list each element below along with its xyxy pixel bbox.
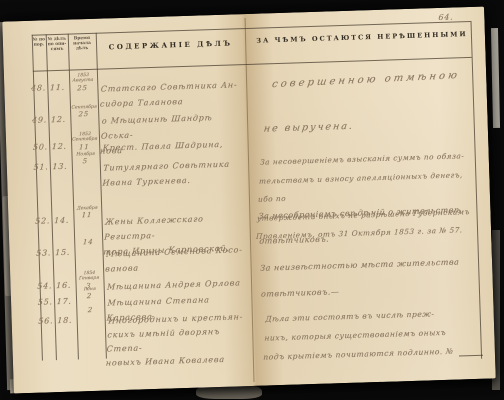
row-case-number: 12. [49, 142, 70, 152]
row-order-number: 52. [35, 216, 50, 225]
row-case-content: Статскаго Совѣтника Ан-сидора Таланова [100, 77, 248, 112]
row-date: 1853Августа25 [68, 73, 98, 93]
row-case-content: Мѣщанина Семенова Косо-ванова [105, 242, 253, 277]
ledger-spread: 64. № по пор. № дѣлъ по опи- сямъ Время … [2, 7, 495, 394]
contents-of-cases-header: СОДЕРЖАНІЕ ДѢЛЪ [96, 38, 245, 52]
page-stack-right [491, 28, 500, 128]
resolution-note: отвѣтчиковъ.— [261, 283, 481, 299]
col-header-start-date: Время начала дѣлъ [68, 36, 96, 52]
resolution-note: совершенною отмѣною [271, 68, 493, 90]
row-case-number: 16. [53, 281, 74, 291]
row-date: 2 [76, 306, 105, 315]
row-case-number: 18. [54, 316, 75, 326]
row-order-number: 50. [33, 142, 48, 151]
row-order-number: 55. [37, 297, 52, 306]
why-unresolved-header: ЗА ЧѢМЪ ОСТАЮТСЯ НЕРѢШЕННЫМИ [253, 30, 471, 45]
col-header-case-no: № дѣлъ по опи- сямъ [46, 37, 68, 53]
col-header-order-no: № по пор. [32, 37, 46, 48]
row-order-number: 53. [36, 248, 51, 257]
row-case-number: 13. [49, 162, 70, 172]
row-case-number: 15. [52, 248, 73, 258]
row-date: Ноября5 [70, 152, 100, 166]
row-case-content: Титулярнаго СовѣтникаИвана Туркенева. [102, 156, 250, 191]
table-row: 52. 14. Декабря11 Жены Коллежскаго Регис… [8, 210, 250, 218]
row-case-number: 14. [51, 216, 72, 226]
row-case-content: Иногороднихъ и крестьян-скихъ имѣній дво… [105, 310, 254, 371]
row-date: 1853Сентября11 [70, 132, 100, 152]
row-order-number: 48. [31, 83, 46, 92]
row-order-number: 51. [33, 162, 48, 171]
resolution-note-paragraph: Дѣла эти состоятъ въ числѣ преж- нихъ, к… [263, 303, 486, 367]
row-order-number: 54. [37, 281, 52, 290]
page-number: 64. [438, 12, 454, 21]
resolution-note: не выручена. [263, 117, 484, 135]
row-case-number: 11. [47, 83, 68, 93]
row-case-number: 17. [53, 297, 74, 307]
resolution-note: За неизвѣстностью мѣста жительства [260, 257, 480, 273]
photo-background: 64. № по пор. № дѣлъ по опи- сямъ Время … [0, 0, 504, 400]
table-row: 48. 11. 1853Августа25 Статскаго Совѣтник… [4, 77, 246, 85]
table-row: 54. 16. 1854Генваря3 Мѣщанина Андрея Орл… [10, 275, 252, 283]
row-date: Іюня2 [75, 287, 105, 301]
row-order-number: 49. [32, 115, 47, 124]
row-case-number: 12. [48, 115, 69, 125]
row-date: Декабря11 [72, 206, 102, 220]
row-date: Сентября25 [69, 105, 99, 119]
row-date: 14 [73, 238, 102, 247]
header-bottom-rule [33, 57, 472, 72]
row-order-number: 56. [38, 316, 53, 325]
